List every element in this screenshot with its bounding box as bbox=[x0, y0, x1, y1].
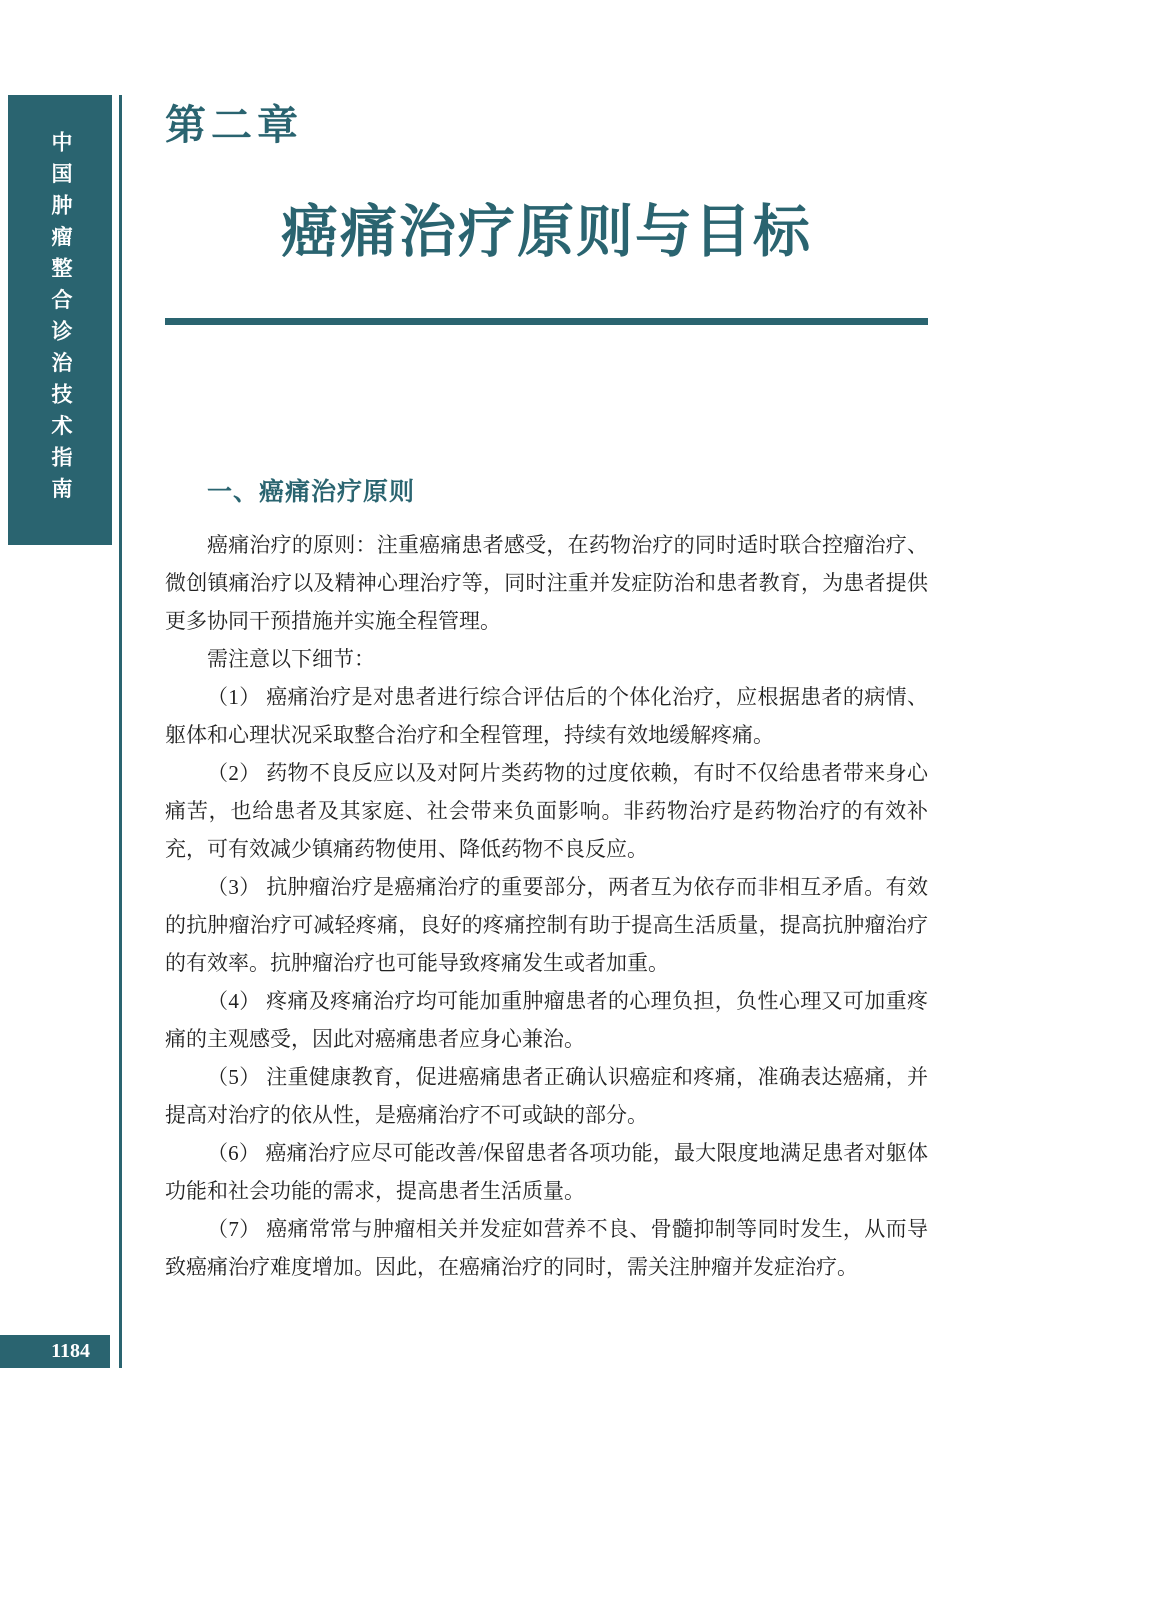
book-page: 中国肿瘤整合诊治技术指南 1184 第二章 癌痛治疗原则与目标 一、癌痛治疗原则… bbox=[0, 0, 1154, 1607]
body-paragraph: （2） 药物不良反应以及对阿片类药物的过度依赖，有时不仅给患者带来身心痛苦，也给… bbox=[165, 754, 928, 868]
section-body: 癌痛治疗的原则：注重癌痛患者感受，在药物治疗的同时适时联合控瘤治疗、微创镇痛治疗… bbox=[165, 526, 928, 1286]
body-paragraph: （6） 癌痛治疗应尽可能改善/保留患者各项功能，最大限度地满足患者对躯体功能和社… bbox=[165, 1134, 928, 1210]
body-paragraph: （1） 癌痛治疗是对患者进行综合评估后的个体化治疗，应根据患者的病情、躯体和心理… bbox=[165, 678, 928, 754]
vertical-divider-rule bbox=[119, 95, 122, 1368]
chapter-title: 癌痛治疗原则与目标 bbox=[165, 186, 928, 268]
book-title-vertical: 中国肿瘤整合诊治技术指南 bbox=[45, 131, 75, 509]
chapter-label: 第二章 bbox=[165, 92, 303, 151]
book-title-band: 中国肿瘤整合诊治技术指南 bbox=[8, 95, 112, 545]
chapter-title-rule bbox=[165, 318, 928, 325]
body-paragraph: （4） 疼痛及疼痛治疗均可能加重肿瘤患者的心理负担，负性心理又可加重疼痛的主观感… bbox=[165, 982, 928, 1058]
body-paragraph: （5） 注重健康教育，促进癌痛患者正确认识癌症和疼痛，准确表达癌痛，并提高对治疗… bbox=[165, 1058, 928, 1134]
body-paragraph: 需注意以下细节： bbox=[165, 640, 928, 678]
page-number-badge: 1184 bbox=[0, 1335, 110, 1368]
body-paragraph: （7） 癌痛常常与肿瘤相关并发症如营养不良、骨髓抑制等同时发生，从而导致癌痛治疗… bbox=[165, 1210, 928, 1286]
body-paragraph: （3） 抗肿瘤治疗是癌痛治疗的重要部分，两者互为依存而非相互矛盾。有效的抗肿瘤治… bbox=[165, 868, 928, 982]
section-heading: 一、癌痛治疗原则 bbox=[207, 472, 415, 508]
body-paragraph: 癌痛治疗的原则：注重癌痛患者感受，在药物治疗的同时适时联合控瘤治疗、微创镇痛治疗… bbox=[165, 526, 928, 640]
content-column: 第二章 癌痛治疗原则与目标 一、癌痛治疗原则 癌痛治疗的原则：注重癌痛患者感受，… bbox=[165, 0, 928, 1607]
